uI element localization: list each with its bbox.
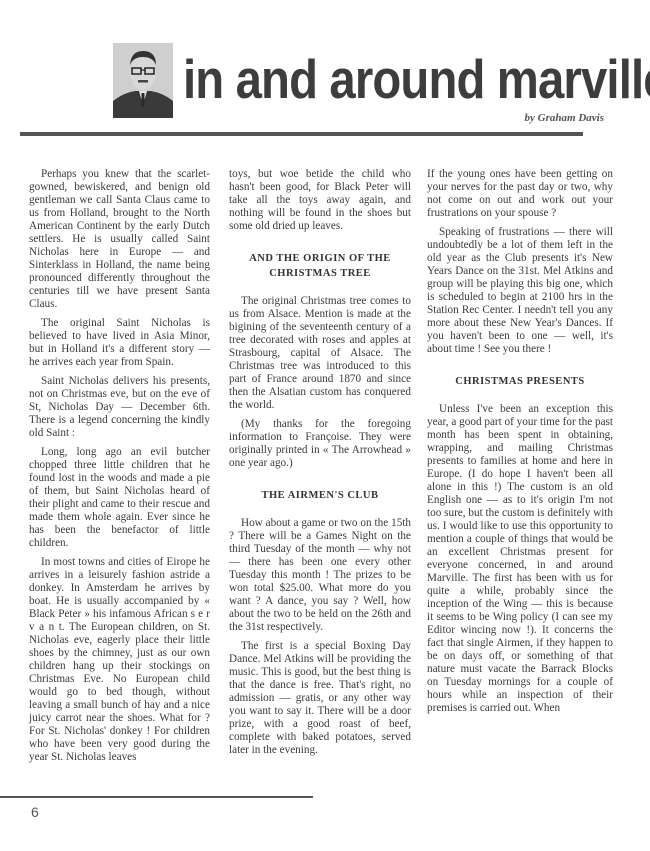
column-3: If the young ones have been getting on y…: [427, 168, 613, 721]
column-2: toys, but woe betide the child who hasn'…: [229, 168, 411, 763]
column-1: Perhaps you knew that the scarlet-gowned…: [29, 168, 210, 770]
paragraph: Speaking of frustrations — there will un…: [427, 226, 613, 356]
paragraph: toys, but woe betide the child who hasn'…: [229, 168, 411, 233]
page-number: 6: [31, 804, 39, 820]
author-byline: by Graham Davis: [525, 112, 604, 124]
paragraph: How about a game or two on the 15th ? Th…: [229, 517, 411, 634]
paragraph: (My thanks for the foregoing information…: [229, 418, 411, 470]
portrait-photo-icon: [113, 43, 173, 118]
paragraph: Saint Nicholas delivers his presents, no…: [29, 375, 210, 440]
header-divider: [20, 132, 583, 136]
section-heading-christmas-tree: AND THE ORIGIN OF THE CHRISTMAS TREE: [229, 251, 411, 281]
footer-divider: [0, 796, 313, 798]
section-heading-airmens-club: THE AIRMEN'S CLUB: [229, 488, 411, 503]
paragraph: The original Saint Nicholas is believed …: [29, 317, 210, 369]
paragraph: In most towns and cities of Eirope he ar…: [29, 556, 210, 764]
section-heading-christmas-presents: CHRISTMAS PRESENTS: [427, 374, 613, 389]
author-portrait: [113, 43, 173, 118]
paragraph: Long, long ago an evil butcher chopped t…: [29, 446, 210, 550]
paragraph: If the young ones have been getting on y…: [427, 168, 613, 220]
paragraph: The original Christmas tree comes to us …: [229, 295, 411, 412]
page-title: in and around marville: [183, 44, 579, 114]
paragraph: The first is a special Boxing Day Dance.…: [229, 640, 411, 757]
paragraph: Perhaps you knew that the scarlet-gowned…: [29, 168, 210, 311]
paragraph: Unless I've been an exception this year,…: [427, 403, 613, 715]
